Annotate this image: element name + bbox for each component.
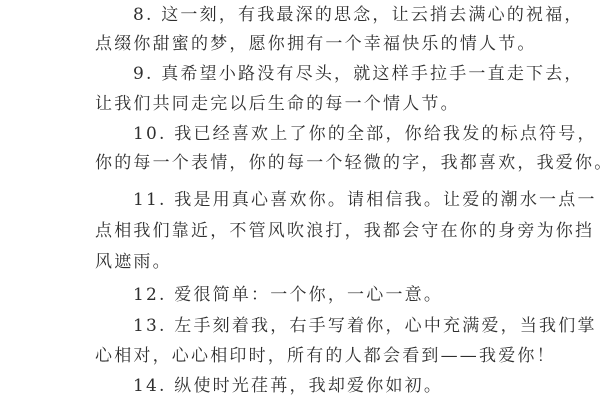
paragraph-10-line-2: 你的每一个表情，你的每一个轻微的字，我都喜欢，我爱你。: [95, 153, 515, 173]
paragraph-9-line-2: 让我们共同走完以后生命的每一个情人节。: [95, 94, 515, 114]
paragraph-11-line-2: 点相我们靠近，不管风吹浪打，我都会守在你的身旁为你挡: [95, 221, 515, 241]
paragraph-11-line-1: 11. 我是用真心喜欢你。请相信我。让爱的潮水一点一: [133, 190, 553, 210]
document-page: 8. 这一刻，有我最深的思念，让云捎去满心的祝福， 点缀你甜蜜的梦，愿你拥有一个…: [0, 0, 600, 400]
paragraph-14-line-1: 14. 纵使时光荏苒，我却爱你如初。: [133, 376, 553, 396]
paragraph-12-line-1: 12. 爱很简单：一个你，一心一意。: [133, 285, 553, 305]
paragraph-13-line-1: 13. 左手刻着我，右手写着你，心中充满爱，当我们掌: [133, 316, 553, 336]
paragraph-10-line-1: 10. 我已经喜欢上了你的全部，你给我发的标点符号，: [133, 124, 553, 144]
paragraph-9-line-1: 9. 真希望小路没有尽头，就这样手拉手一直走下去，: [133, 64, 553, 84]
paragraph-8-line-2: 点缀你甜蜜的梦，愿你拥有一个幸福快乐的情人节。: [95, 34, 515, 54]
paragraph-11-line-3: 风遮雨。: [95, 252, 515, 272]
paragraph-13-line-2: 心相对，心心相印时，所有的人都会看到——我爱你！: [95, 346, 515, 366]
paragraph-8-line-1: 8. 这一刻，有我最深的思念，让云捎去满心的祝福，: [133, 5, 553, 25]
